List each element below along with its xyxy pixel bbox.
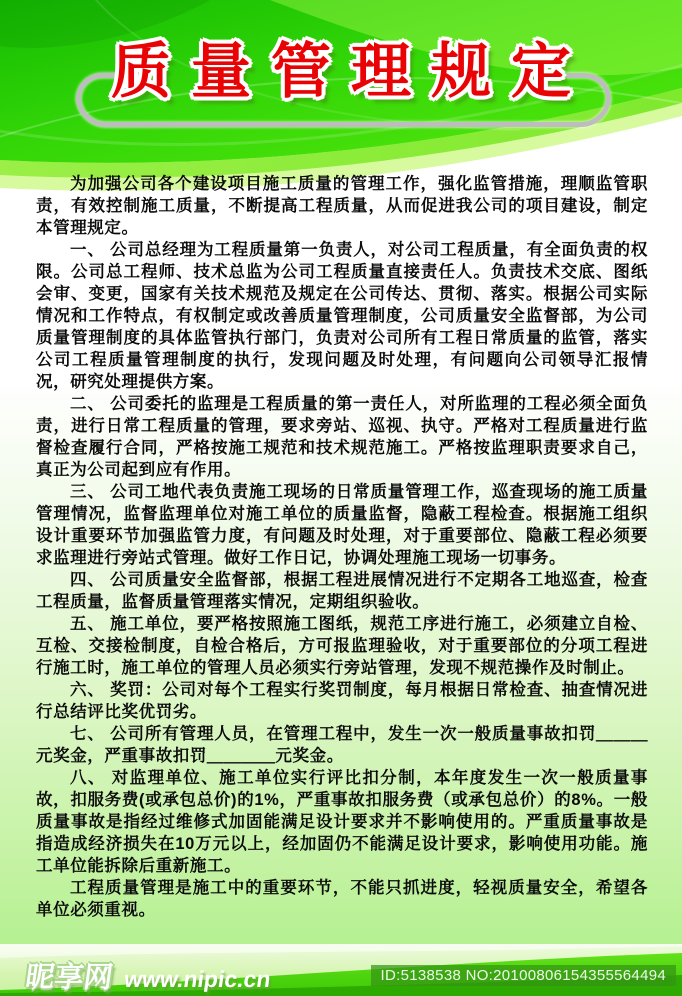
rule-5-paragraph: 五、 施工单位，要严格按照施工图纸，规范工序进行施工，必须建立自检、互检、交接检… bbox=[36, 613, 648, 679]
rule-3-paragraph: 三、 公司工地代表负责施工现场的日常质量管理工作，巡查现场的施工质量管理情况，监… bbox=[36, 481, 648, 569]
image-id-badge: ID:5138538 NO:20100806154355564494 bbox=[371, 965, 676, 986]
rule-8-paragraph: 八、 对监理单位、施工单位实行评比扣分制，本年度发生一次一般质量事故，扣服务费(… bbox=[36, 767, 648, 877]
rule-6-paragraph: 六、 奖罚：公司对每个工程实行奖罚制度，每月根据日常检查、抽查情况进行总结评比奖… bbox=[36, 679, 648, 723]
rule-4-paragraph: 四、 公司质量安全监督部，根据工程进展情况进行不定期各工地巡查，检查工程质量，监… bbox=[36, 569, 648, 613]
intro-paragraph: 为加强公司各个建设项目施工质量的管理工作，强化监管措施，理顺监管职责，有效控制施… bbox=[36, 173, 648, 239]
site-url-text: www.nipic.cn bbox=[123, 966, 273, 993]
footer-watermark-bar: 昵享网 www.nipic.cn ID:5138538 NO:201008061… bbox=[0, 944, 682, 996]
regulations-body: 为加强公司各个建设项目施工质量的管理工作，强化监管措施，理顺监管职责，有效控制施… bbox=[36, 173, 648, 921]
rule-2-paragraph: 二、 公司委托的监理是工程质量的第一责任人，对所监理的工程必须全面负责，进行日常… bbox=[36, 393, 648, 481]
rule-1-paragraph: 一、 公司总经理为工程质量第一负责人，对公司工程质量，有全面负责的权限。公司总工… bbox=[36, 239, 648, 393]
nipic-logo: 昵享网 www.nipic.cn bbox=[23, 955, 274, 996]
header-banner: 质量管理规定 bbox=[0, 0, 682, 192]
quality-regulations-poster: 质量管理规定 为加强公司各个建设项目施工质量的管理工作，强化监管措施，理顺监管职… bbox=[0, 0, 682, 996]
rule-7-paragraph: 七、 公司所有管理人员，在管理工程中，发生一次一般质量事故扣罚＿＿＿元奖金，严重… bbox=[36, 723, 648, 767]
site-name-text: 昵享网 bbox=[23, 955, 116, 996]
closing-paragraph: 工程质量管理是施工中的重要环节，不能只抓进度，轻视质量安全，希望各单位必须重视。 bbox=[36, 877, 648, 921]
poster-title: 质量管理规定 bbox=[0, 42, 682, 102]
